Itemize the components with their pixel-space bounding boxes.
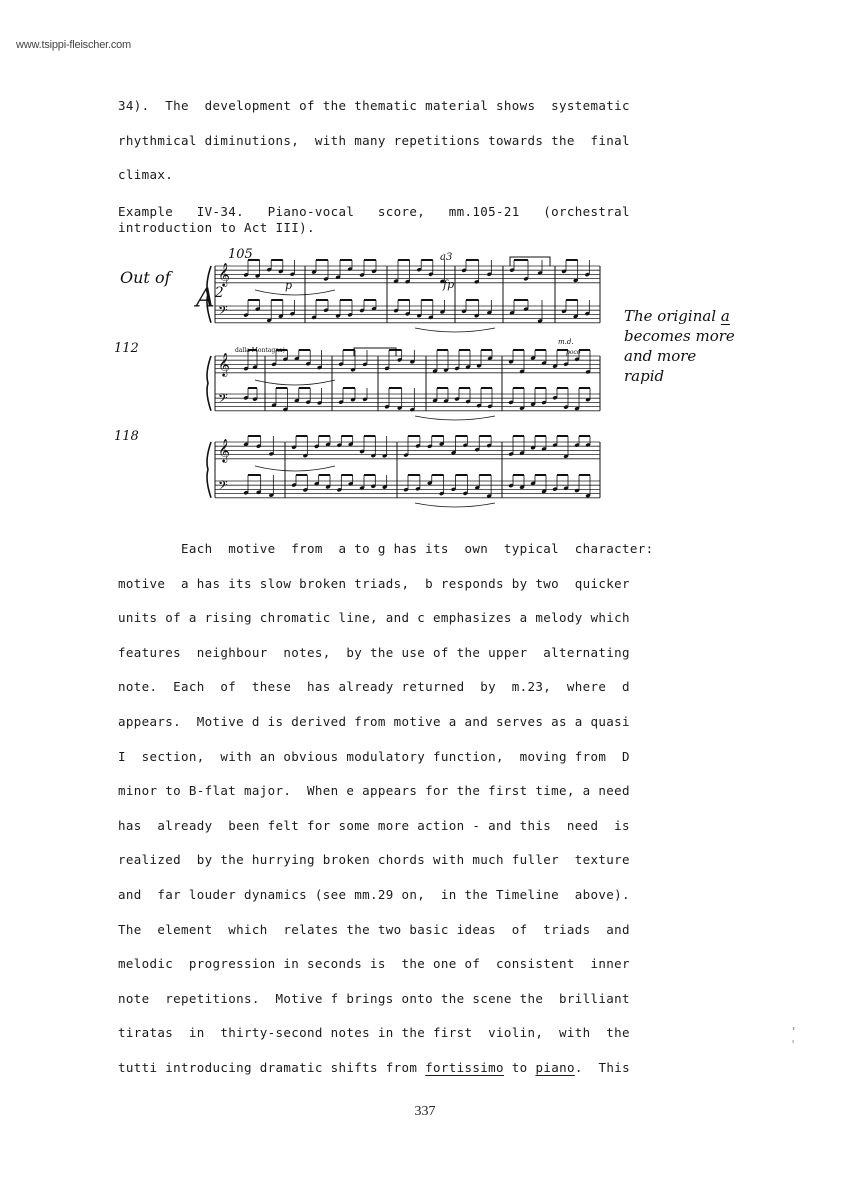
caption-line: introduction to Act III). — [118, 220, 315, 235]
note-line: becomes more — [624, 326, 735, 346]
svg-text:𝄢: 𝄢 — [218, 478, 228, 496]
text-line: rhythmical diminutions, with many repeti… — [118, 133, 630, 149]
page-number: 337 — [0, 1104, 850, 1120]
text-line: motive a has its slow broken triads, b r… — [118, 576, 630, 592]
text-line: has already been felt for some more acti… — [118, 818, 630, 834]
score-marking: m.d. — [558, 338, 574, 346]
text-segment: to — [504, 1060, 536, 1075]
underlined-term: fortissimo — [425, 1060, 504, 1075]
measure-number: 105 — [228, 247, 253, 262]
score-marking: fp — [442, 278, 454, 291]
text-line: minor to B-flat major. When e appears fo… — [118, 783, 630, 799]
score-marking: p — [285, 279, 292, 292]
note-line: and more — [624, 346, 735, 366]
music-score-example: 𝄞𝄢𝄞𝄢𝄞𝄢105112118a3pfpdalla Montagna)m.d.p… — [110, 244, 610, 514]
svg-text:𝄞: 𝄞 — [218, 438, 230, 463]
underlined-term: piano — [535, 1060, 574, 1075]
text-line: tiratas in thirty-second notes in the fi… — [118, 1025, 630, 1041]
svg-text:𝄞: 𝄞 — [218, 262, 230, 287]
text-segment: . This — [575, 1060, 630, 1075]
measure-number: 112 — [114, 341, 139, 356]
text-line: note repetitions. Motive f brings onto t… — [118, 991, 630, 1007]
svg-text:𝄞: 𝄞 — [218, 352, 230, 377]
website-watermark: www.tsippi-fleischer.com — [16, 39, 131, 51]
text-line: 34). The development of the thematic mat… — [118, 98, 630, 114]
text-line: tutti introducing dramatic shifts from f… — [118, 1060, 630, 1076]
underlined-motive-a: a — [721, 307, 730, 325]
score-marking: poco — [566, 349, 581, 356]
text-line: note. Each of these has already returned… — [118, 679, 630, 695]
text-line: features neighbour notes, by the use of … — [118, 645, 630, 661]
text-line: Each motive from a to g has its own typi… — [118, 541, 654, 557]
caption-line: Example IV-34. Piano-vocal score, mm.105… — [118, 204, 630, 219]
text-line: and far louder dynamics (see mm.29 on, i… — [118, 887, 630, 903]
note-line: rapid — [624, 366, 735, 386]
text-segment: tutti introducing dramatic shifts from — [118, 1060, 425, 1075]
text-line: realized by the hurrying broken chords w… — [118, 852, 630, 868]
text-line: I section, with an obvious modulatory fu… — [118, 749, 630, 765]
scan-speck — [792, 1025, 795, 1047]
text-line: appears. Motive d is derived from motive… — [118, 714, 630, 730]
note-line: The original a — [624, 306, 735, 326]
score-marking: dalla Montagna) — [235, 347, 285, 354]
text-line: climax. — [118, 167, 173, 183]
handwritten-note: The original a becomes more and more rap… — [624, 306, 735, 386]
text-line: units of a rising chromatic line, and c … — [118, 610, 630, 626]
text-line: melodic progression in seconds is the on… — [118, 956, 630, 972]
score-marking: a3 — [440, 252, 452, 263]
text-line: The element which relates the two basic … — [118, 922, 630, 938]
svg-text:𝄢: 𝄢 — [218, 303, 228, 321]
measure-number: 118 — [114, 429, 139, 444]
svg-text:𝄢: 𝄢 — [218, 391, 228, 409]
